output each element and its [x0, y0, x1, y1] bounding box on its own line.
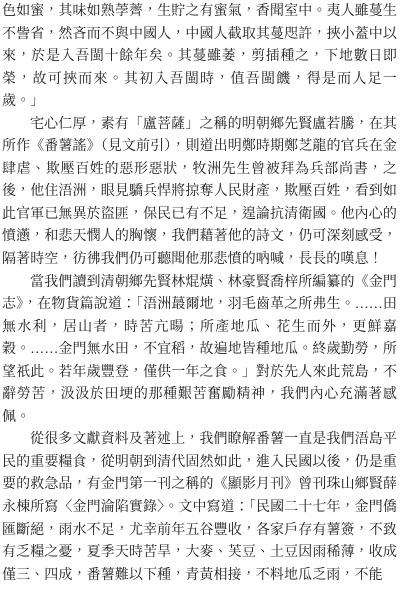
paragraph-quote-continuation: 色如蜜，其味如熟荸薺，生貯之有蜜氣，香聞室中。夷人雖蔓生不訾省，然吝而不與中國人… — [2, 1, 397, 114]
document-page: 色如蜜，其味如熟荸薺，生貯之有蜜氣，香聞室中。夷人雖蔓生不訾省，然吝而不與中國人… — [0, 0, 400, 600]
body-text: 色如蜜，其味如熟荸薺，生貯之有蜜氣，香聞室中。夷人雖蔓生不訾省，然吝而不與中國人… — [2, 1, 397, 587]
paragraph-kinmen-gazetteer: 當我們讀到清朝鄉先賢林焜熿、林豪賢喬梓所編纂的《金門志》，在物貨篇說道：「浯洲蕞… — [2, 272, 397, 430]
paragraph-republican-era: 從很多文獻資料及著述上，我們瞭解番薯一直是我們浯島平民的重要糧食，從明朝到清代固… — [2, 429, 397, 587]
paragraph-lu-ruoteng: 宅心仁厚，素有「盧菩薩」之稱的明朝鄉先賢盧若騰，在其所作《番薯謠》（見文前引），… — [2, 114, 397, 272]
